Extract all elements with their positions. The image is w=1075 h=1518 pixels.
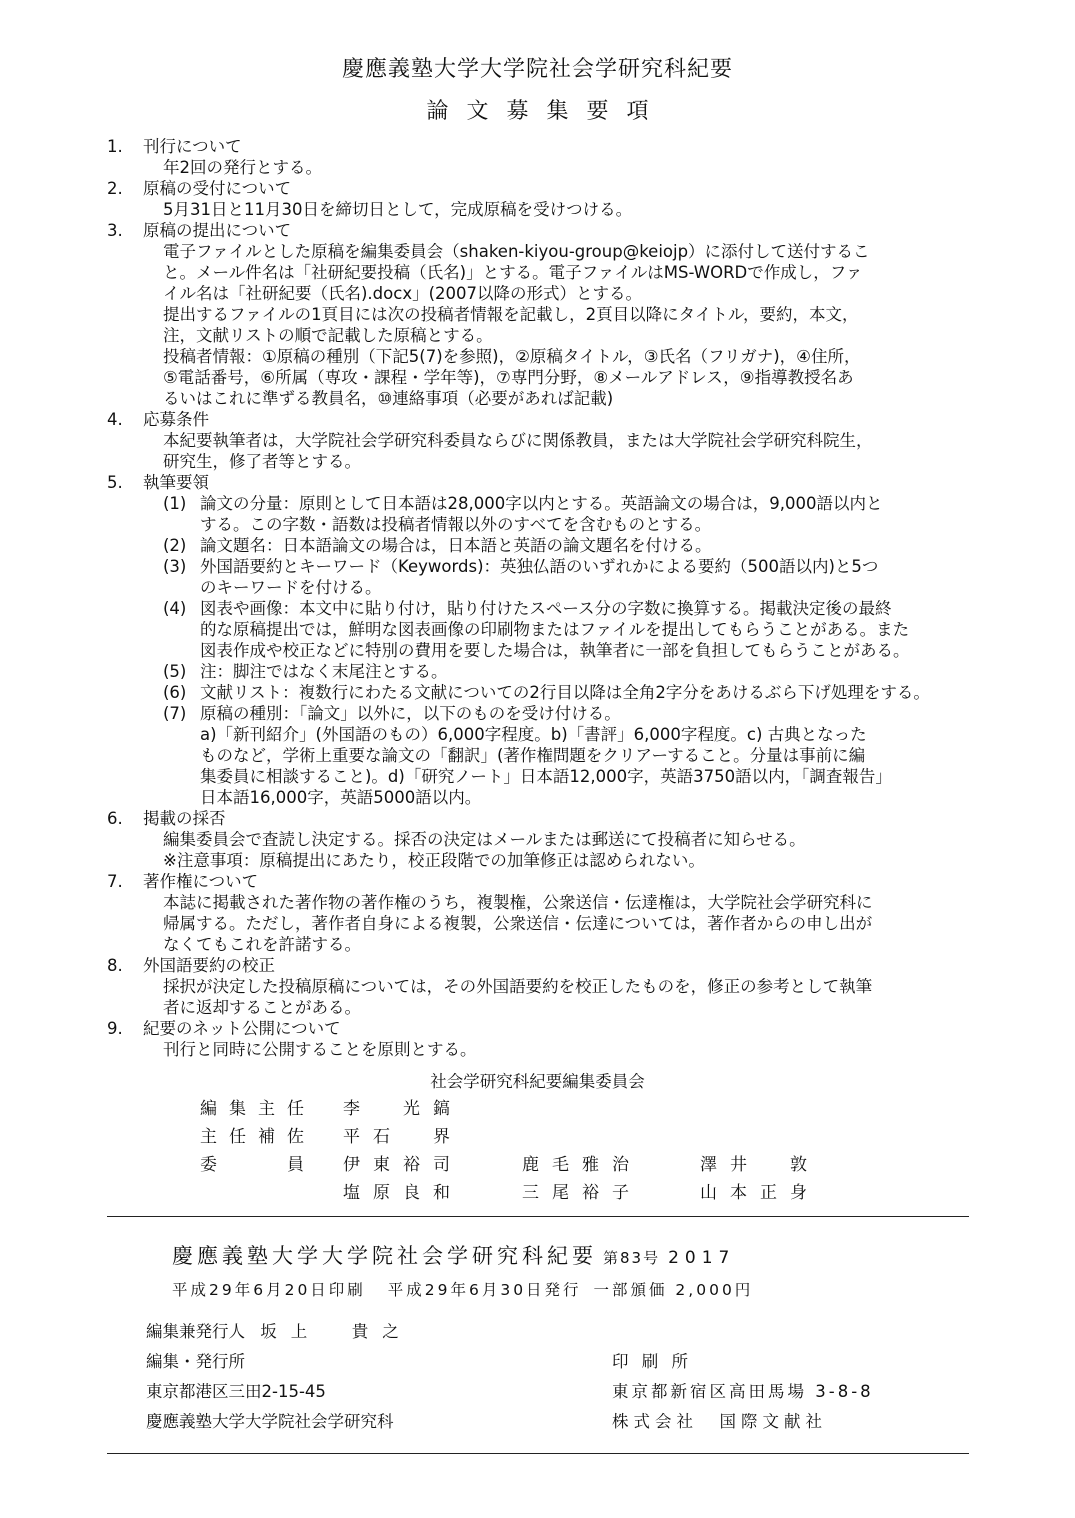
section-text: ⑤電話番号，⑥所属（専攻・課程・学年等)，⑦専門分野，⑧メールアドレス，⑨指導教…: [163, 367, 854, 388]
editor-label: 編集兼発行人: [146, 1322, 245, 1341]
section-heading: 原稿の提出について: [143, 220, 291, 241]
print-date: 平成29年6月20日印刷: [172, 1281, 366, 1299]
subitem-number: (4): [163, 598, 186, 619]
committee-role: 委 員: [200, 1150, 316, 1175]
section-text: るいはこれに準ずる教員名，⑩連絡事項（必要があれば記載): [163, 388, 613, 409]
section-text: なくてもこれを許諾する。: [163, 934, 361, 955]
subitem-text: 図表や画像：本文中に貼り付け，貼り付けたスペース分の字数に換算する。掲載決定後の…: [200, 598, 892, 619]
section-text: 本誌に掲載された著作物の著作権のうち，複製権，公衆送信・伝達権は，大学院社会学研…: [163, 892, 873, 913]
publisher-name: 慶應義塾大学大学院社会学研究科: [146, 1408, 394, 1432]
subitem-number: (3): [163, 556, 186, 577]
section-heading: 執筆要領: [143, 472, 209, 493]
section-heading: 外国語要約の校正: [143, 955, 275, 976]
section-heading: 紀要のネット公開について: [143, 1018, 341, 1039]
section-text: 者に返却することがある。: [163, 997, 361, 1018]
section-heading: 刊行について: [143, 136, 242, 157]
publisher-label: 編集・発行所: [146, 1348, 245, 1372]
printer-label: 印 刷 所: [612, 1348, 692, 1372]
subitem-text: 文献リスト：複数行にわたる文献についての2行目以降は全角2字分をあけるぶら下げ処…: [200, 682, 930, 703]
section-number: 9.: [107, 1018, 123, 1039]
committee-member: 澤井 敦: [700, 1150, 820, 1175]
page-title: 論文募集要項: [0, 94, 1075, 125]
subitem-text: 原稿の種別：「論文」以外に，以下のものを受け付ける。: [200, 703, 621, 724]
section-text: 注，文献リストの順で記載した原稿とする。: [163, 325, 493, 346]
colophon-journal-name: 慶應義塾大学大学院社会学研究科紀要: [172, 1244, 597, 1268]
committee-member: 塩原良和: [343, 1178, 463, 1203]
committee-role: 主任補佐: [200, 1122, 316, 1147]
colophon-year: 2017: [668, 1248, 735, 1268]
committee-member: 鹿毛雅治: [522, 1150, 642, 1175]
subitem-text: 図表作成や校正などに特別の費用を要した場合は，執筆者に一部を負担してもらうことが…: [200, 640, 910, 661]
subitem-text: のキーワードを付ける。: [200, 577, 382, 598]
subitem-number: (7): [163, 703, 186, 724]
printer-address: 東京都新宿区高田馬場 3-8-8: [612, 1378, 874, 1402]
section-text: 5月31日と11月30日を締切日として，完成原稿を受けつける。: [163, 199, 632, 220]
section-text: 採択が決定した投稿原稿については，その外国語要約を校正したものを，修正の参考とし…: [163, 976, 872, 997]
section-text: イル名は「社研紀要（氏名).docx」(2007以降の形式）とする。: [163, 283, 642, 304]
colophon-issue: 第83号: [603, 1249, 660, 1267]
printer-name: 株式会社 国際文献社: [612, 1408, 827, 1432]
publish-date: 平成29年6月30日発行: [388, 1281, 582, 1299]
section-text: 研究生，修了者等とする。: [163, 451, 361, 472]
divider-top: [107, 1216, 969, 1217]
section-number: 4.: [107, 409, 123, 430]
subitem-number: (6): [163, 682, 186, 703]
divider-bottom: [107, 1453, 969, 1454]
editor-line: 編集兼発行人 坂上 貴之: [146, 1318, 413, 1342]
section-text: 帰属する。ただし，著作者自身による複製，公衆送信・伝達については，著作者からの申…: [163, 913, 872, 934]
section-text: 編集委員会で査読し決定する。採否の決定はメールまたは郵送にて投稿者に知らせる。: [163, 829, 806, 850]
subitem-text: 集委員に相談すること)。d)「研究ノート」日本語12,000字，英語3750語以…: [200, 766, 892, 787]
price: 一部頒価 2,000円: [594, 1281, 754, 1299]
subitem-text: 日本語16,000字，英語5000語以内。: [200, 787, 481, 808]
subitem-text: 論文の分量：原則として日本語は28,000字以内とする。英語論文の場合は，9,0…: [200, 493, 882, 514]
committee-member: 三尾裕子: [522, 1178, 642, 1203]
subitem-text: 外国語要約とキーワード（Keywords)：英独仏語のいずれかによる要約（500…: [200, 556, 878, 577]
subitem-text: 論文題名：日本語論文の場合は，日本語と英語の論文題名を付ける。: [200, 535, 712, 556]
section-text: ※注意事項：原稿提出にあたり，校正段階での加筆修正は認められない。: [163, 850, 705, 871]
section-number: 2.: [107, 178, 123, 199]
subitem-text: ものなど，学術上重要な論文の「翻訳」(著作権問題をクリアーすること。分量は事前に…: [200, 745, 865, 766]
committee-member: 山本正身: [700, 1178, 820, 1203]
subitem-text: 的な原稿提出では，鮮明な図表画像の印刷物またはファイルを提出してもらうことがある…: [200, 619, 909, 640]
committee-member: 伊東裕司: [343, 1150, 463, 1175]
subitem-text: a)「新刊紹介」(外国語のもの）6,000字程度。b)「書評」6,000字程度。…: [200, 724, 867, 745]
section-heading: 原稿の受付について: [143, 178, 291, 199]
section-text: 刊行と同時に公開することを原則とする。: [163, 1039, 477, 1060]
section-number: 5.: [107, 472, 123, 493]
committee-role: 編集主任: [200, 1094, 316, 1119]
subitem-text: する。この字数・語数は投稿者情報以外のすべてを含むものとする。: [200, 514, 711, 535]
committee-title: 社会学研究科紀要編集委員会: [0, 1068, 1075, 1092]
colophon-journal: 慶應義塾大学大学院社会学研究科紀要第83号2017: [172, 1240, 735, 1270]
colophon-dates: 平成29年6月20日印刷 平成29年6月30日発行 一部頒価 2,000円: [172, 1278, 753, 1300]
document-page: 慶應義塾大学大学院社会学研究科紀要 論文募集要項 1.刊行について年2回の発行と…: [0, 0, 1075, 1518]
section-text: と。メール件名は「社研紀要投稿（氏名)」とする。電子ファイルはMS-WORDで作…: [163, 262, 862, 283]
section-number: 1.: [107, 136, 123, 157]
section-heading: 掲載の採否: [143, 808, 226, 829]
section-text: 投稿者情報：①原稿の種別（下記5(7)を参照)，②原稿タイトル，③氏名（フリガナ…: [163, 346, 860, 367]
section-number: 7.: [107, 871, 123, 892]
section-number: 8.: [107, 955, 123, 976]
section-text: 提出するファイルの1頁目には次の投稿者情報を記載し，2頁目以降にタイトル，要約，…: [163, 304, 859, 325]
section-heading: 応募条件: [143, 409, 209, 430]
section-text: 電子ファイルとした原稿を編集委員会（shaken-kiyou-group@kei…: [163, 241, 870, 262]
section-heading: 著作権について: [143, 871, 258, 892]
section-number: 6.: [107, 808, 123, 829]
editor-name: 坂上 貴之: [260, 1322, 413, 1341]
committee-member: 平石 界: [343, 1122, 463, 1147]
section-number: 3.: [107, 220, 123, 241]
subitem-number: (2): [163, 535, 186, 556]
subitem-number: (1): [163, 493, 186, 514]
publisher-address: 東京都港区三田2-15-45: [146, 1378, 326, 1402]
subitem-number: (5): [163, 661, 186, 682]
section-text: 年2回の発行とする。: [163, 157, 322, 178]
subitem-text: 注：脚注ではなく末尾注とする。: [200, 661, 448, 682]
committee-member: 李 光鎬: [343, 1094, 463, 1119]
journal-title: 慶應義塾大学大学院社会学研究科紀要: [0, 52, 1075, 83]
section-text: 本紀要執筆者は，大学院社会学研究科委員ならびに関係教員，または大学院社会学研究科…: [163, 430, 873, 451]
